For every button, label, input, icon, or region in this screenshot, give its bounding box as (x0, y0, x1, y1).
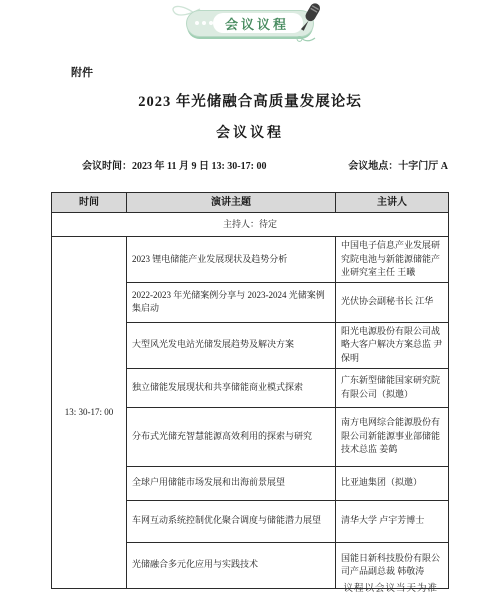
speaker-cell: 南方电网综合能源股份有限公司新能源事业部储能技术总监 姜鹤 (336, 407, 449, 466)
header-time: 时间 (52, 193, 127, 213)
header-topic: 演讲主题 (127, 193, 336, 213)
speaker-cell: 比亚迪集团（拟邀） (336, 466, 449, 500)
topic-cell: 2022-2023 年光储案例分享与 2023-2024 光储案例集启动 (127, 282, 336, 322)
topic-cell: 2023 锂电储能产业发展现状及趋势分析 (127, 237, 336, 283)
topic-cell: 分布式光储充智慧能源高效利用的探索与研究 (127, 407, 336, 466)
topic-cell: 光储融合多元化应用与实践技术 (127, 542, 336, 588)
table-header-row: 时间 演讲主题 主讲人 (52, 193, 449, 213)
speaker-cell: 清华大学 卢宇芳博士 (336, 500, 449, 542)
agenda-document-page: 会议议程 附件 2023 年光储融合高质量发展论坛 会议议程 会议时间：2023… (0, 0, 500, 603)
agenda-badge: 会议议程 (186, 8, 314, 39)
agenda-table: 时间 演讲主题 主讲人 主持人：待定 13: 30-17: 00 2023 锂电… (51, 192, 449, 589)
time-span-cell: 13: 30-17: 00 (52, 237, 127, 589)
speaker-cell: 光伏协会副秘书长 江华 (336, 282, 449, 322)
speaker-cell: 阳光电源股份有限公司战略大客户解决方案总监 尹保明 (336, 322, 449, 368)
table-row: 13: 30-17: 00 2023 锂电储能产业发展现状及趋势分析 中国电子信… (52, 237, 449, 283)
speaker-cell: 广东新型储能国家研究院有限公司（拟邀） (336, 368, 449, 407)
document-title: 2023 年光储融合高质量发展论坛 (0, 90, 500, 111)
document-subtitle: 会议议程 (0, 122, 500, 142)
microphone-icon (292, 1, 328, 47)
topic-cell: 车网互动系统控制优化聚合调度与储能潜力展望 (127, 500, 336, 542)
topic-cell: 独立储能发展现状和共享储能商业模式探索 (127, 368, 336, 407)
speaker-cell: 中国电子信息产业发展研究院电池与新能源储能产业研究室主任 王曦 (336, 237, 449, 283)
meeting-time: 会议时间：2023 年 11 月 9 日 13: 30-17: 00 (51, 157, 266, 172)
host-row: 主持人：待定 (52, 213, 449, 237)
footer-disclaimer: 议程以会议当天为准 (343, 580, 438, 594)
host-cell: 主持人：待定 (52, 213, 449, 237)
attachment-label: 附件 (71, 64, 93, 80)
meeting-place: 会议地点：十字门厅 A (348, 157, 448, 172)
header-speaker: 主讲人 (336, 193, 449, 213)
topic-cell: 全球户用储能市场发展和出海前景展望 (127, 466, 336, 500)
meeting-info-line: 会议时间：2023 年 11 月 9 日 13: 30-17: 00 会议地点：… (51, 157, 448, 172)
topic-cell: 大型风光发电站光储发展趋势及解决方案 (127, 322, 336, 368)
